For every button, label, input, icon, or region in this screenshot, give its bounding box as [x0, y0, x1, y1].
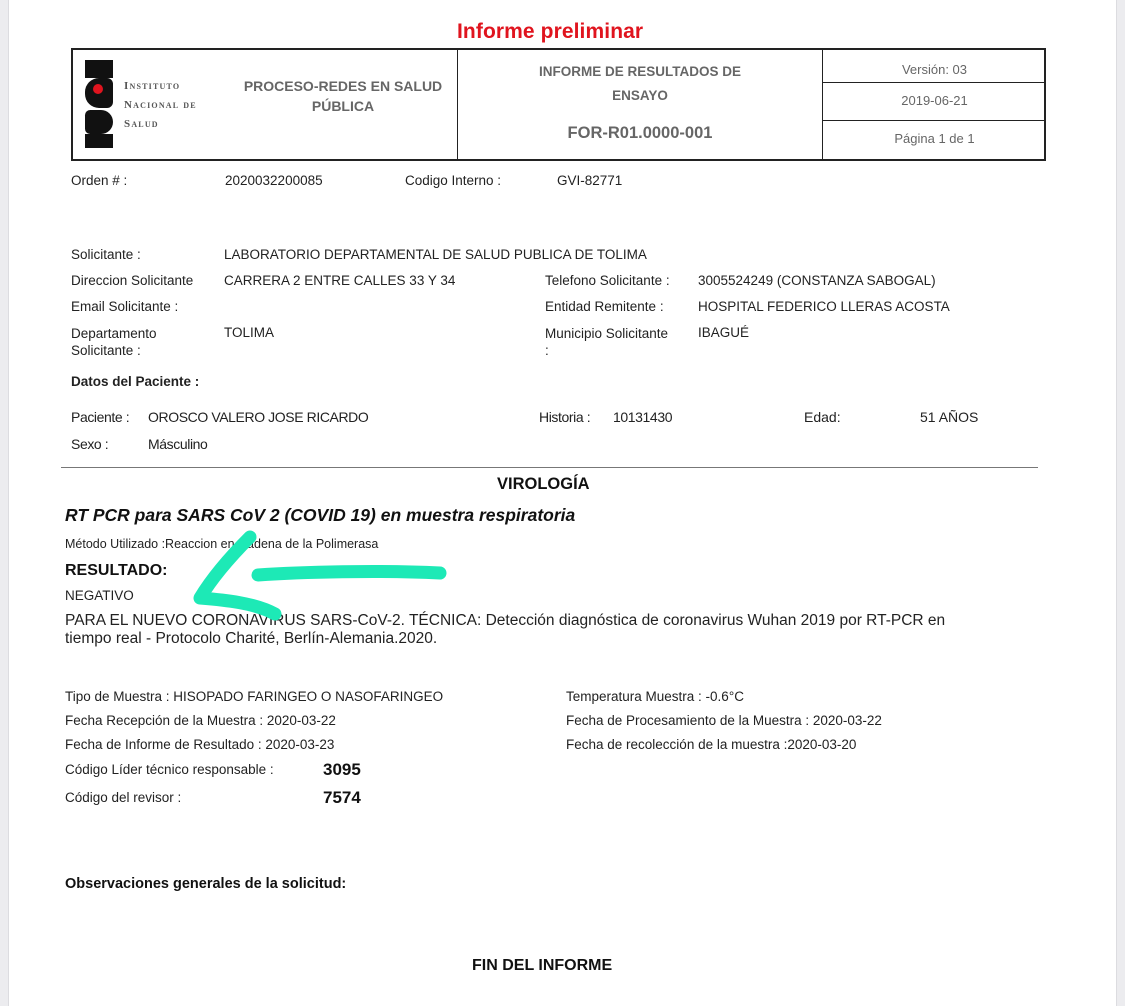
departamento-label-line2: Solicitante :: [71, 342, 157, 359]
entidad-value: HOSPITAL FEDERICO LLERAS ACOSTA: [698, 299, 950, 314]
municipio-label: Municipio Solicitante :: [545, 325, 668, 359]
solicitante-label: Solicitante :: [71, 247, 141, 262]
version-date: 2019-06-21: [823, 93, 1046, 108]
patient-section-title: Datos del Paciente :: [71, 374, 199, 389]
report-title-line1: INFORME DE RESULTADOS DE: [458, 60, 822, 84]
report-date: Fecha de Informe de Resultado : 2020-03-…: [65, 737, 334, 752]
sample-temperature: Temperatura Muestra : -0.6°C: [566, 689, 744, 704]
history-label: Historia :: [539, 409, 590, 425]
section-virologia: VIROLOGÍA: [497, 475, 590, 494]
telefono-value: 3005524249 (CONSTANZA SABOGAL): [698, 273, 936, 288]
observations-label: Observaciones generales de la solicitud:: [65, 876, 346, 892]
form-code: FOR-R01.0000-001: [458, 124, 822, 143]
reviewer-code-value: 7574: [323, 788, 361, 808]
page-number: Página 1 de 1: [823, 131, 1046, 146]
header-institution-cell: Instituto Nacional de Salud PROCESO-REDE…: [73, 50, 458, 159]
telefono-label: Telefono Solicitante :: [545, 273, 670, 288]
patient-name-value: OROSCO VALERO JOSE RICARDO: [148, 409, 368, 425]
email-label: Email Solicitante :: [71, 299, 178, 314]
processing-date: Fecha de Procesamiento de la Muestra : 2…: [566, 713, 882, 728]
report-title-line2: ENSAYO: [458, 84, 822, 108]
header-report-cell: INFORME DE RESULTADOS DE ENSAYO FOR-R01.…: [458, 50, 823, 159]
sex-label: Sexo :: [71, 436, 108, 452]
departamento-label-line1: Departamento: [71, 325, 157, 342]
leader-code-value: 3095: [323, 760, 361, 780]
reception-date: Fecha Recepción de la Muestra : 2020-03-…: [65, 713, 336, 728]
age-value: 51 AÑOS: [920, 409, 978, 425]
direccion-label: Direccion Solicitante: [71, 273, 193, 288]
test-method: Método Utilizado :Reaccion en Cadena de …: [65, 537, 378, 551]
header-table: Instituto Nacional de Salud PROCESO-REDE…: [71, 48, 1046, 161]
internal-code-label: Codigo Interno :: [405, 173, 501, 188]
patient-name-label: Paciente :: [71, 409, 129, 425]
sex-value: Másculino: [148, 436, 207, 452]
entidad-label: Entidad Remitente :: [545, 299, 664, 314]
municipio-label-line1: Municipio Solicitante: [545, 325, 668, 342]
header-meta-cell: Versión: 03 2019-06-21 Página 1 de 1: [823, 50, 1046, 159]
version: Versión: 03: [823, 62, 1046, 77]
report-title: INFORME DE RESULTADOS DE ENSAYO: [458, 60, 822, 108]
logo-text-line1: Instituto: [124, 80, 180, 92]
test-description-line1: PARA EL NUEVO CORONAVIRUS SARS-CoV-2. TÉ…: [65, 612, 945, 630]
test-name: RT PCR para SARS CoV 2 (COVID 19) en mue…: [65, 505, 575, 526]
test-description: PARA EL NUEVO CORONAVIRUS SARS-CoV-2. TÉ…: [65, 612, 945, 648]
document-page: Informe preliminar Instituto Nacional de…: [8, 0, 1117, 1006]
document-title: Informe preliminar: [457, 20, 643, 44]
municipio-value: IBAGUÉ: [698, 325, 749, 340]
order-value: 2020032200085: [225, 173, 323, 188]
internal-code-value: GVI-82771: [557, 173, 622, 188]
result-label: RESULTADO:: [65, 562, 168, 580]
reviewer-code-label: Código del revisor :: [65, 790, 181, 805]
leader-code-label: Código Líder técnico responsable :: [65, 762, 274, 777]
logo-text-line3: Salud: [124, 118, 159, 130]
direccion-value: CARRERA 2 ENTRE CALLES 33 Y 34: [224, 273, 455, 288]
age-label: Edad:: [804, 409, 841, 425]
collection-date: Fecha de recolección de la muestra :2020…: [566, 737, 856, 752]
logo-text-line2: Nacional de: [124, 99, 197, 111]
municipio-label-line2: :: [545, 342, 668, 359]
test-description-line2: tiempo real - Protocolo Charité, Berlín-…: [65, 630, 945, 648]
order-label: Orden # :: [71, 173, 127, 188]
history-value: 10131430: [613, 409, 672, 425]
end-of-report: FIN DEL INFORME: [472, 957, 612, 975]
departamento-value: TOLIMA: [224, 325, 274, 340]
result-value: NEGATIVO: [65, 588, 134, 603]
departamento-label: Departamento Solicitante :: [71, 325, 157, 359]
solicitante-value: LABORATORIO DEPARTAMENTAL DE SALUD PUBLI…: [224, 247, 647, 262]
sample-type: Tipo de Muestra : HISOPADO FARINGEO O NA…: [65, 689, 443, 704]
process-name: PROCESO-REDES EN SALUD PÚBLICA: [243, 76, 443, 116]
section-divider: [61, 467, 1038, 468]
